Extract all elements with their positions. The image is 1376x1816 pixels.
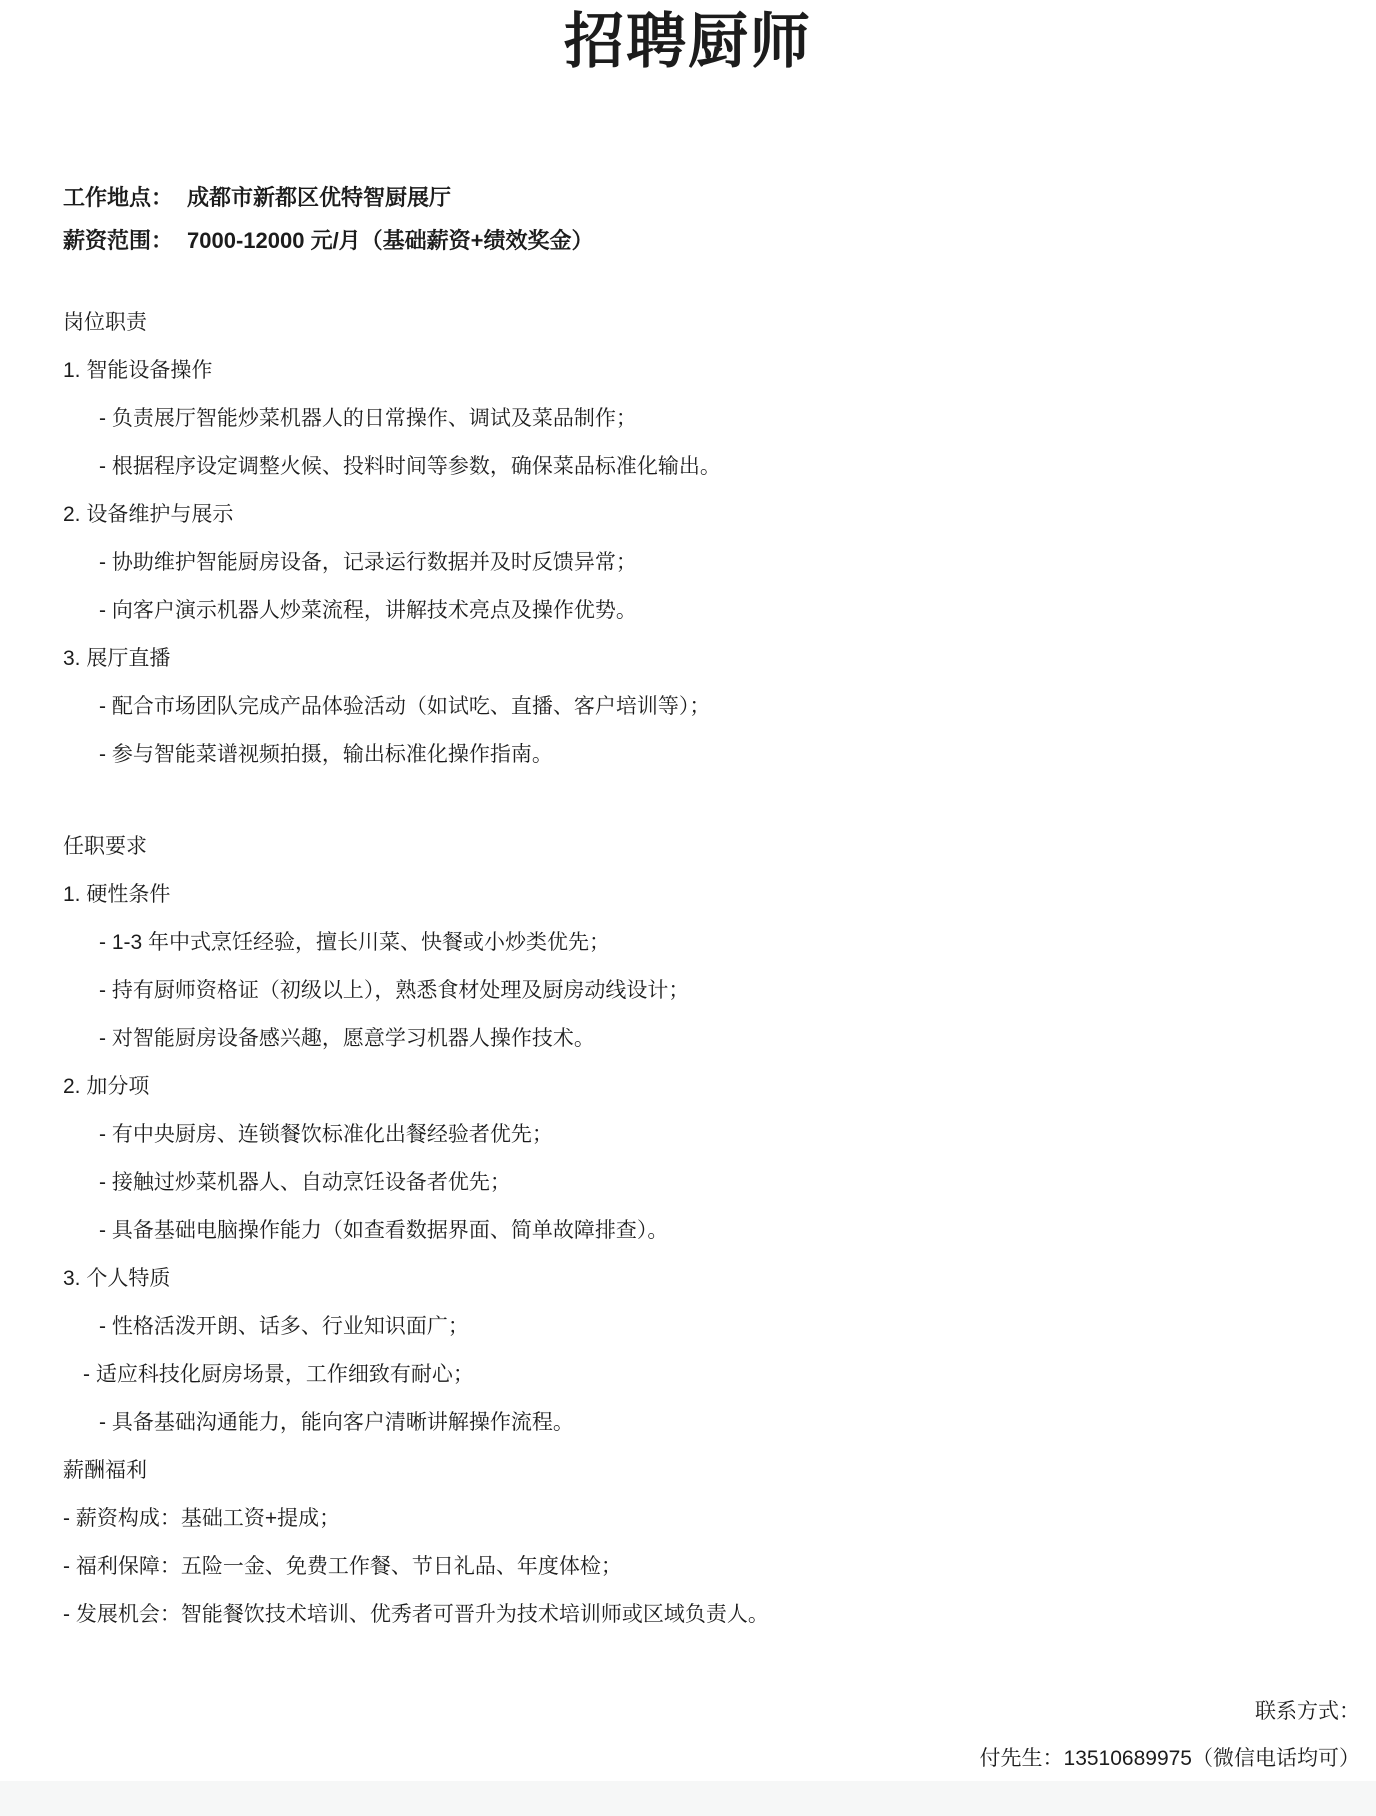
bullet-item: - 协助维护智能厨房设备，记录运行数据并及时反馈异常；	[63, 549, 1316, 577]
bullet-item: - 性格活泼开朗、话多、行业知识面广；	[63, 1313, 1316, 1341]
bullet-item: - 发展机会：智能餐饮技术培训、优秀者可晋升为技术培训师或区域负责人。	[63, 1601, 1316, 1629]
group-title-bonus-points: 2. 加分项	[63, 1073, 1316, 1101]
bullet-item: - 具备基础沟通能力，能向客户清晰讲解操作流程。	[63, 1409, 1316, 1437]
bullet-item: - 持有厨师资格证（初级以上），熟悉食材处理及厨房动线设计；	[63, 977, 1316, 1005]
salary-range-label: 薪资范围：	[63, 228, 173, 253]
bullet-item: - 负责展厅智能炒菜机器人的日常操作、调试及菜品制作；	[63, 405, 1316, 433]
bullet-item: - 向客户演示机器人炒菜流程，讲解技术亮点及操作优势。	[63, 597, 1316, 625]
group-title-device-operation: 1. 智能设备操作	[63, 357, 1316, 385]
group-title-personal-traits: 3. 个人特质	[63, 1265, 1316, 1293]
salary-range-value: 7000-12000 元/月（基础薪资+绩效奖金）	[187, 228, 594, 253]
work-location-value: 成都市新都区优特智厨展厅	[187, 185, 451, 210]
bullet-item: - 薪资构成：基础工资+提成；	[63, 1505, 1316, 1533]
document-body: 工作地点：成都市新都区优特智厨展厅 薪资范围：7000-12000 元/月（基础…	[0, 184, 1376, 1629]
work-location-line: 工作地点：成都市新都区优特智厨展厅	[63, 184, 1316, 212]
job-posting-document: 招聘厨师 工作地点：成都市新都区优特智厨展厅 薪资范围：7000-12000 元…	[0, 0, 1376, 1629]
group-title-maintenance-display: 2. 设备维护与展示	[63, 501, 1316, 529]
section-heading-benefits: 薪酬福利	[63, 1457, 1316, 1485]
bullet-item: - 具备基础电脑操作能力（如查看数据界面、简单故障排查）。	[63, 1217, 1316, 1245]
work-location-label: 工作地点：	[63, 185, 173, 210]
group-title-hard-conditions: 1. 硬性条件	[63, 881, 1316, 909]
bullet-item: - 配合市场团队完成产品体验活动（如试吃、直播、客户培训等）；	[63, 693, 1316, 721]
bullet-item: - 适应科技化厨房场景，工作细致有耐心；	[63, 1361, 1316, 1389]
bullet-item: - 有中央厨房、连锁餐饮标准化出餐经验者优先；	[63, 1121, 1316, 1149]
bullet-item: - 1-3 年中式烹饪经验，擅长川菜、快餐或小炒类优先；	[63, 929, 1316, 957]
page-bottom-edge	[0, 1781, 1376, 1816]
contact-phone: 付先生：13510689975（微信电话均可）	[980, 1745, 1360, 1773]
bullet-item: - 对智能厨房设备感兴趣，愿意学习机器人操作技术。	[63, 1025, 1316, 1053]
group-title-showroom-livestream: 3. 展厅直播	[63, 645, 1316, 673]
bullet-item: - 接触过炒菜机器人、自动烹饪设备者优先；	[63, 1169, 1316, 1197]
section-heading-responsibilities: 岗位职责	[63, 309, 1316, 337]
bullet-item: - 根据程序设定调整火候、投料时间等参数，确保菜品标准化输出。	[63, 453, 1316, 481]
page-title: 招聘厨师	[0, 0, 1376, 78]
bullet-item: - 福利保障：五险一金、免费工作餐、节日礼品、年度体检；	[63, 1553, 1316, 1581]
section-heading-requirements: 任职要求	[63, 833, 1316, 861]
contact-label: 联系方式：	[980, 1698, 1360, 1726]
bullet-item: - 参与智能菜谱视频拍摄，输出标准化操作指南。	[63, 741, 1316, 769]
contact-block: 联系方式： 付先生：13510689975（微信电话均可）	[980, 1698, 1360, 1773]
salary-range-line: 薪资范围：7000-12000 元/月（基础薪资+绩效奖金）	[63, 227, 1316, 255]
